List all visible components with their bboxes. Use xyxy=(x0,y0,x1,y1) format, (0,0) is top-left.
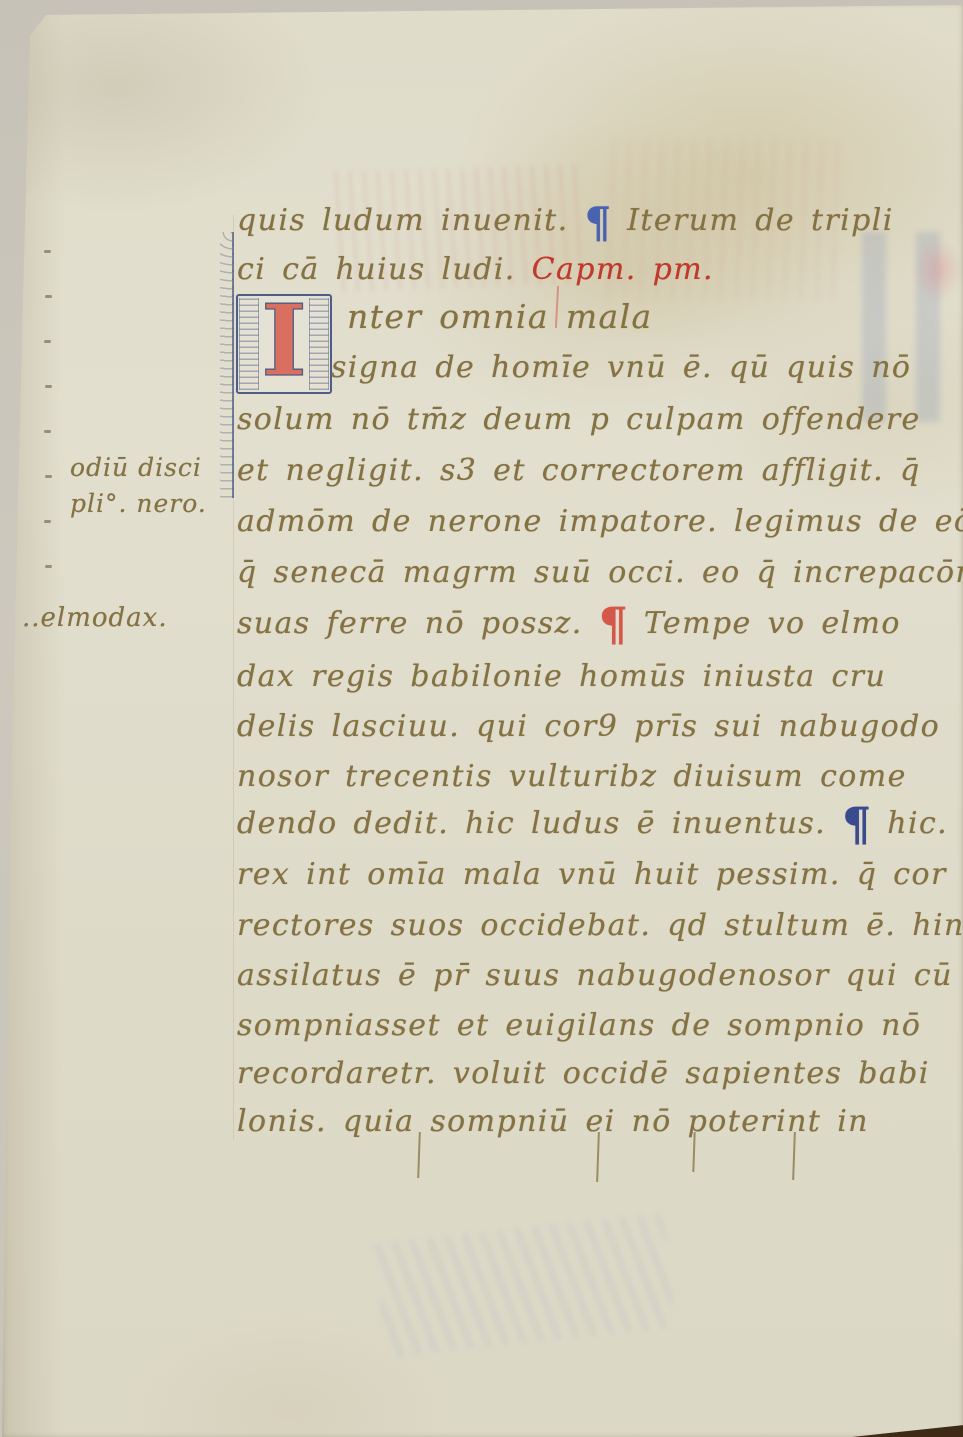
text-segment: dax regis babilonie homūs iniusta cru xyxy=(237,659,886,694)
text-line: admōm de nerone impatore. legimus de eō xyxy=(237,504,963,539)
text-line: q̄ senecā magrm suū occi. eo q̄ increpac… xyxy=(237,555,963,590)
text-line: solum nō tm̄z deum p culpam offendere xyxy=(237,402,921,437)
text-segment: rex int omīa mala vnū huit pessim. q̄ co… xyxy=(237,857,947,892)
text-line: delis lasciuu. qui cor9 prīs sui nabugod… xyxy=(237,709,940,744)
text-line: et negligit. s3 et correctorem affligit.… xyxy=(237,453,921,488)
text-line: nter omnia mala xyxy=(347,297,653,336)
prick-mark xyxy=(44,250,51,253)
paragraph-mark-navy: ¶ xyxy=(842,797,871,851)
prick-mark xyxy=(45,295,52,298)
penwork-flourish-tail xyxy=(220,232,234,498)
text-line: dendo dedit. hic ludus ē inuentus. ¶ hic… xyxy=(237,806,963,841)
text-segment: sompniasset et euigilans de sompnio nō xyxy=(237,1008,921,1043)
text-segment: assilatus ē pr̄ suus nabugodenosor qui c… xyxy=(237,958,953,993)
text-line: ci cā huius ludi. Capm. pm. xyxy=(237,252,714,287)
text-line: quis ludum inuenit. ¶ Iterum de tripli xyxy=(237,203,894,238)
paragraph-mark-blue: ¶ xyxy=(585,198,612,247)
text-segment: solum nō tm̄z deum p culpam offendere xyxy=(237,402,921,437)
text-segment: nosor trecentis vulturibz diuisum come xyxy=(237,759,907,794)
text-segment: lonis. quia sompniū ei nō poterint in xyxy=(237,1104,869,1139)
prick-mark xyxy=(45,565,52,568)
text-segment: Iterum de tripli xyxy=(611,203,894,238)
text-line: sompniasset et euigilans de sompnio nō xyxy=(237,1008,921,1043)
text-segment: dendo dedit. hic ludus ē inuentus. xyxy=(237,806,842,841)
text-segment: hic. n. xyxy=(871,806,963,841)
prick-mark xyxy=(45,385,52,388)
text-line: dax regis babilonie homūs iniusta cru xyxy=(237,659,886,694)
text-line: assilatus ē pr̄ suus nabugodenosor qui c… xyxy=(237,958,953,993)
text-segment: Tempe vo elmo xyxy=(628,606,901,641)
margin-note: odiū discipli°. nero. xyxy=(70,450,207,522)
paragraph-mark-red: ¶ xyxy=(599,597,628,651)
text-segment: signa de homīe vnū ē. qū quis nō xyxy=(331,350,911,385)
text-segment: nter omnia mala xyxy=(347,297,653,336)
text-segment: ci cā huius ludi. xyxy=(237,252,532,287)
text-segment: quis ludum inuenit. xyxy=(237,203,585,238)
prick-mark xyxy=(44,340,51,343)
text-line: suas ferre nō possz. ¶ Tempe vo elmo xyxy=(237,606,901,641)
text-line: nosor trecentis vulturibz diuisum come xyxy=(237,759,907,794)
penwork-filigree-left xyxy=(239,298,259,390)
text-line: rex int omīa mala vnū huit pessim. q̄ co… xyxy=(237,857,947,892)
rubric-text: Capm. pm. xyxy=(532,252,714,287)
text-segment: delis lasciuu. qui cor9 prīs sui nabugod… xyxy=(237,709,940,744)
text-segment: rectores suos occidebat. qd stultum ē. h… xyxy=(237,908,963,943)
manuscript-scan: I quis ludum inuenit. ¶ Iterum de tripli… xyxy=(0,0,963,1437)
prick-mark xyxy=(45,475,52,478)
text-segment: et negligit. s3 et correctorem affligit.… xyxy=(237,453,921,488)
text-line: signa de homīe vnū ē. qū quis nō xyxy=(331,350,911,385)
text-segment: q̄ senecā magrm suū occi. eo q̄ increpac… xyxy=(237,555,963,590)
text-line: rectores suos occidebat. qd stultum ē. h… xyxy=(237,908,963,943)
prick-mark xyxy=(44,430,51,433)
margin-note-line: odiū disci xyxy=(70,450,207,486)
decorated-initial: I xyxy=(236,294,332,394)
text-segment: recordaretr. voluit occidē sapientes bab… xyxy=(237,1056,930,1091)
margin-note-line: pli°. nero. xyxy=(70,486,207,522)
margin-note-line: ..elmodax. xyxy=(22,600,168,636)
initial-letter: I xyxy=(261,293,307,391)
text-segment: admōm de nerone impatore. legimus de eō xyxy=(237,504,963,539)
text-line: recordaretr. voluit occidē sapientes bab… xyxy=(237,1056,930,1091)
text-segment: suas ferre nō possz. xyxy=(237,606,599,641)
text-line: lonis. quia sompniū ei nō poterint in xyxy=(237,1104,869,1139)
penwork-filigree-right xyxy=(309,298,329,390)
prick-mark xyxy=(44,520,51,523)
margin-note: ..elmodax. xyxy=(22,600,168,636)
